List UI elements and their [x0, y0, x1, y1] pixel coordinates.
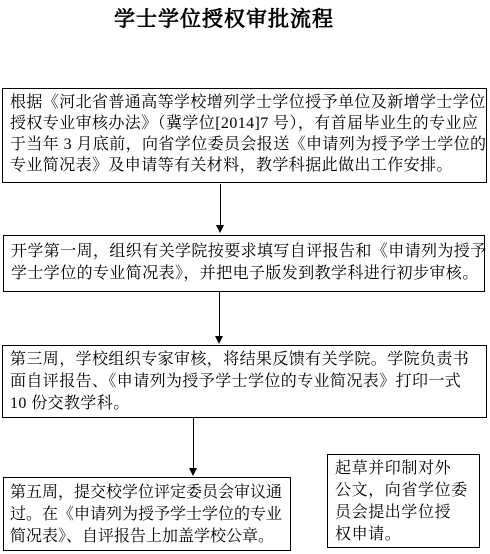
flow-arrow-2	[215, 292, 223, 344]
text-line: 员会提出学位授	[335, 502, 472, 524]
text-line: 起草并印制对外	[335, 458, 472, 480]
text-line: 学士学位的专业简况表》，并把电子版发到教学科进行初步审核。	[11, 263, 477, 285]
text-line: 第三周，学校组织专家审核，将结果反馈有关学院。学院负责书	[10, 349, 479, 371]
flow-step-week5-degree-committee: 第五周，提交校学位评定委员会审议通过。在《申请列为授予学士学位的专业简况表》、自…	[3, 477, 291, 551]
arrow-shaft	[193, 418, 194, 469]
text-line: 根据《河北省普通高等学校增列学士学位授予单位及新增学士学位	[10, 92, 479, 113]
arrow-shaft	[219, 292, 220, 337]
text-line: 第五周，提交校学位评定委员会审议通	[10, 482, 284, 504]
flow-arrow-3	[189, 418, 197, 476]
text-line: 专业简况表》及申请等有关材料，教学科据此做出工作安排。	[10, 155, 479, 176]
flow-arrow-1	[216, 184, 224, 233]
text-line: 权申请。	[335, 524, 472, 546]
arrow-down-icon	[216, 225, 224, 233]
flow-step-materials-report: 根据《河北省普通高等学校增列学士学位授予单位及新增学士学位授权专业审核办法》（冀…	[2, 88, 487, 183]
text-line: 授权专业审核办法》（冀学位[2014]7 号），有首届毕业生的专业应	[10, 113, 479, 134]
arrow-down-icon	[215, 336, 223, 344]
text-line: 于当年 3 月底前，向省学位委员会报送《申请列为授予学士学位的	[10, 134, 479, 155]
page-title: 学士学位授权审批流程	[0, 3, 448, 33]
arrow-down-icon	[189, 468, 197, 476]
arrow-shaft	[220, 184, 221, 226]
text-line: 公文，向省学位委	[335, 480, 472, 502]
flow-side-note-official-application: 起草并印制对外公文，向省学位委员会提出学位授权申请。	[327, 454, 480, 548]
flow-step-week1-self-evaluation: 开学第一周，组织有关学院按要求填写自评报告和《申请列为授予学士学位的专业简况表》…	[3, 235, 485, 292]
flowchart-canvas: 学士学位授权审批流程 根据《河北省普通高等学校增列学士学位授予单位及新增学士学位…	[0, 0, 490, 554]
text-line: 过。在《申请列为授予学士学位的专业	[10, 504, 284, 526]
flow-step-week3-expert-review: 第三周，学校组织专家审核，将结果反馈有关学院。学院负责书面自评报告、《申请列为授…	[2, 345, 487, 418]
text-line: 面自评报告、《申请列为授予学士学位的专业简况表》打印一式	[10, 371, 479, 393]
text-line: 简况表》、自评报告上加盖学校公章。	[10, 526, 284, 548]
text-line: 开学第一周，组织有关学院按要求填写自评报告和《申请列为授予	[11, 241, 477, 263]
text-line: 10 份交教学科。	[10, 393, 479, 415]
